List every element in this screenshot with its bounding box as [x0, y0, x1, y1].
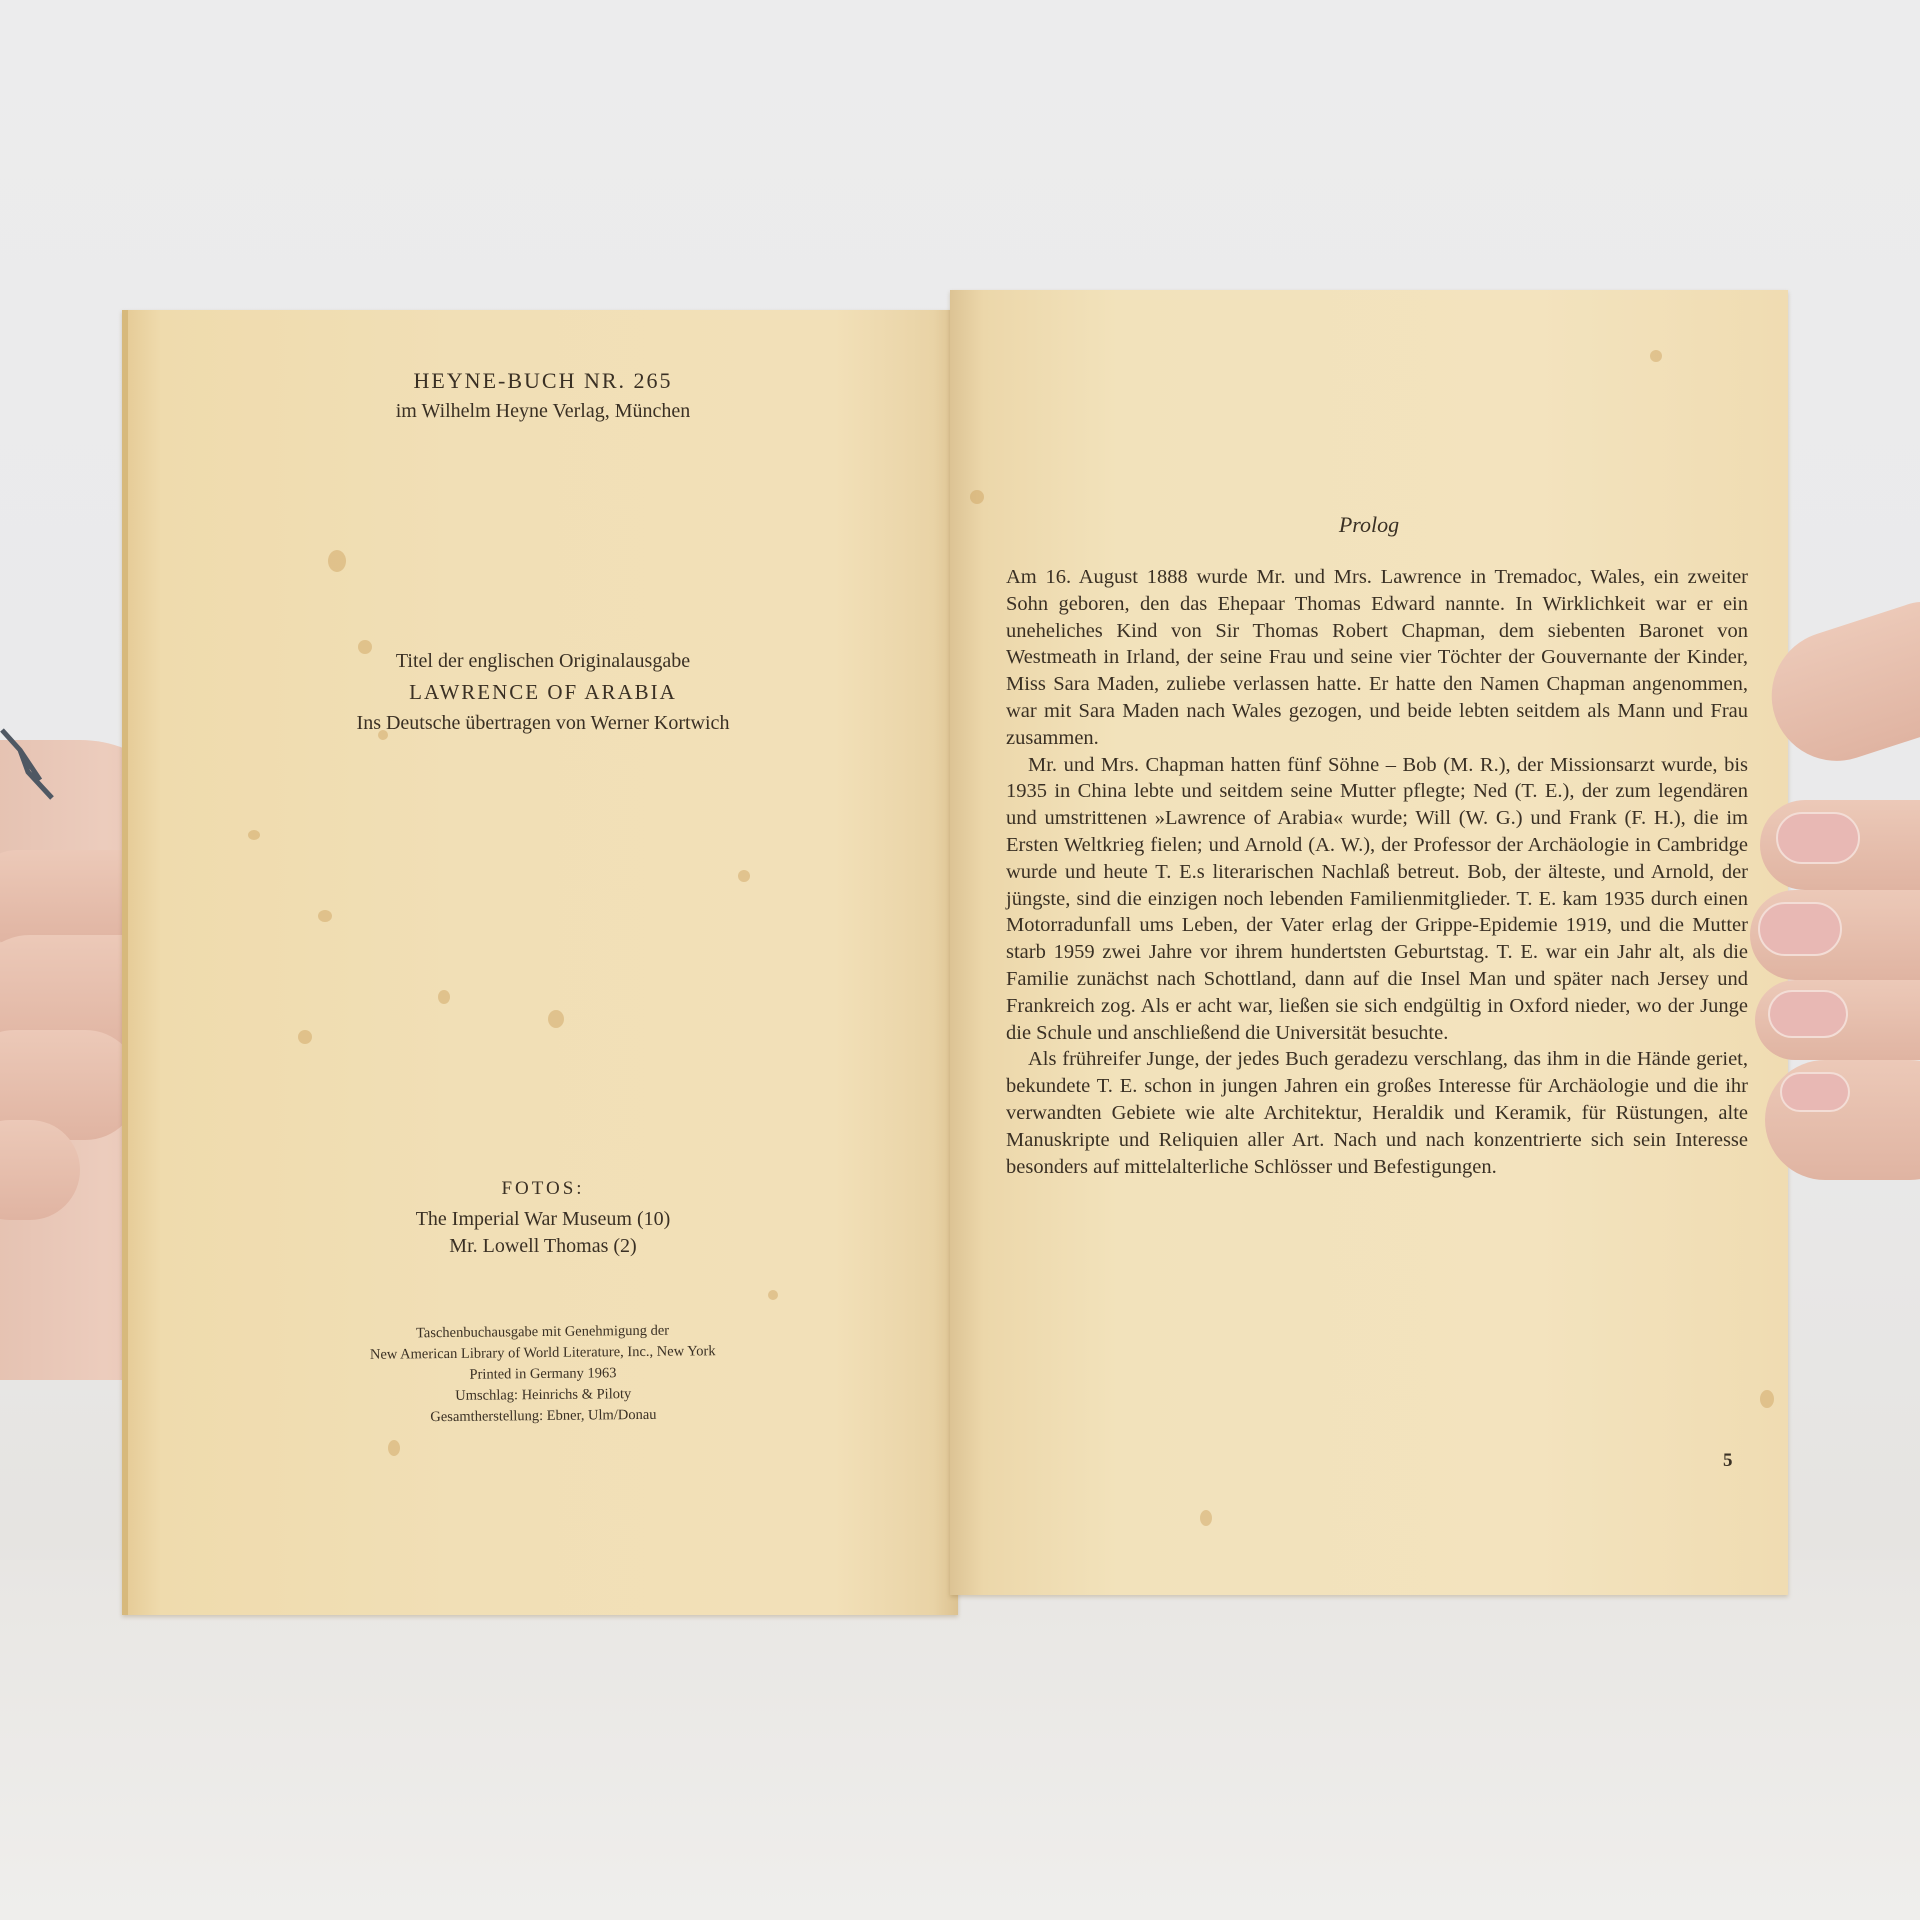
- right-page: Prolog Am 16. August 1888 wurde Mr. und …: [950, 290, 1788, 1595]
- original-title: LAWRENCE OF ARABIA: [128, 680, 958, 705]
- paragraph: Als frühreifer Junge, der jedes Buch ger…: [1006, 1046, 1748, 1180]
- publisher-name: im Wilhelm Heyne Verlag, München: [128, 400, 958, 423]
- chapter-title: Prolog: [950, 512, 1788, 538]
- tattoo-icon: [0, 720, 60, 800]
- paragraph: Mr. und Mrs. Chapman hatten fünf Söhne –…: [1006, 752, 1748, 1047]
- prolog-text: Am 16. August 1888 wurde Mr. und Mrs. La…: [1006, 564, 1748, 1180]
- photo-credit: Mr. Lowell Thomas (2): [128, 1235, 958, 1258]
- right-fingernail: [1768, 990, 1848, 1038]
- page-number: 5: [1723, 1450, 1733, 1472]
- right-fingernail: [1758, 902, 1842, 956]
- publisher-series-number: HEYNE-BUCH NR. 265: [128, 368, 958, 394]
- imprint-block: Taschenbuchausgabe mit Genehmigung der N…: [127, 1318, 958, 1432]
- original-title-label: Titel der englischen Originalausgabe: [128, 650, 958, 673]
- right-fingernail: [1776, 812, 1860, 864]
- left-page: HEYNE-BUCH NR. 265 im Wilhelm Heyne Verl…: [122, 310, 958, 1615]
- open-book: HEYNE-BUCH NR. 265 im Wilhelm Heyne Verl…: [122, 290, 1812, 1635]
- right-thumb: [1755, 592, 1920, 777]
- translator-credit: Ins Deutsche übertragen von Werner Kortw…: [128, 712, 958, 735]
- right-fingernail: [1780, 1072, 1850, 1112]
- paragraph: Am 16. August 1888 wurde Mr. und Mrs. La…: [1006, 564, 1748, 752]
- photo-credits-heading: FOTOS:: [128, 1178, 958, 1200]
- right-hand: [1770, 620, 1920, 1380]
- photo-credit: The Imperial War Museum (10): [128, 1208, 958, 1231]
